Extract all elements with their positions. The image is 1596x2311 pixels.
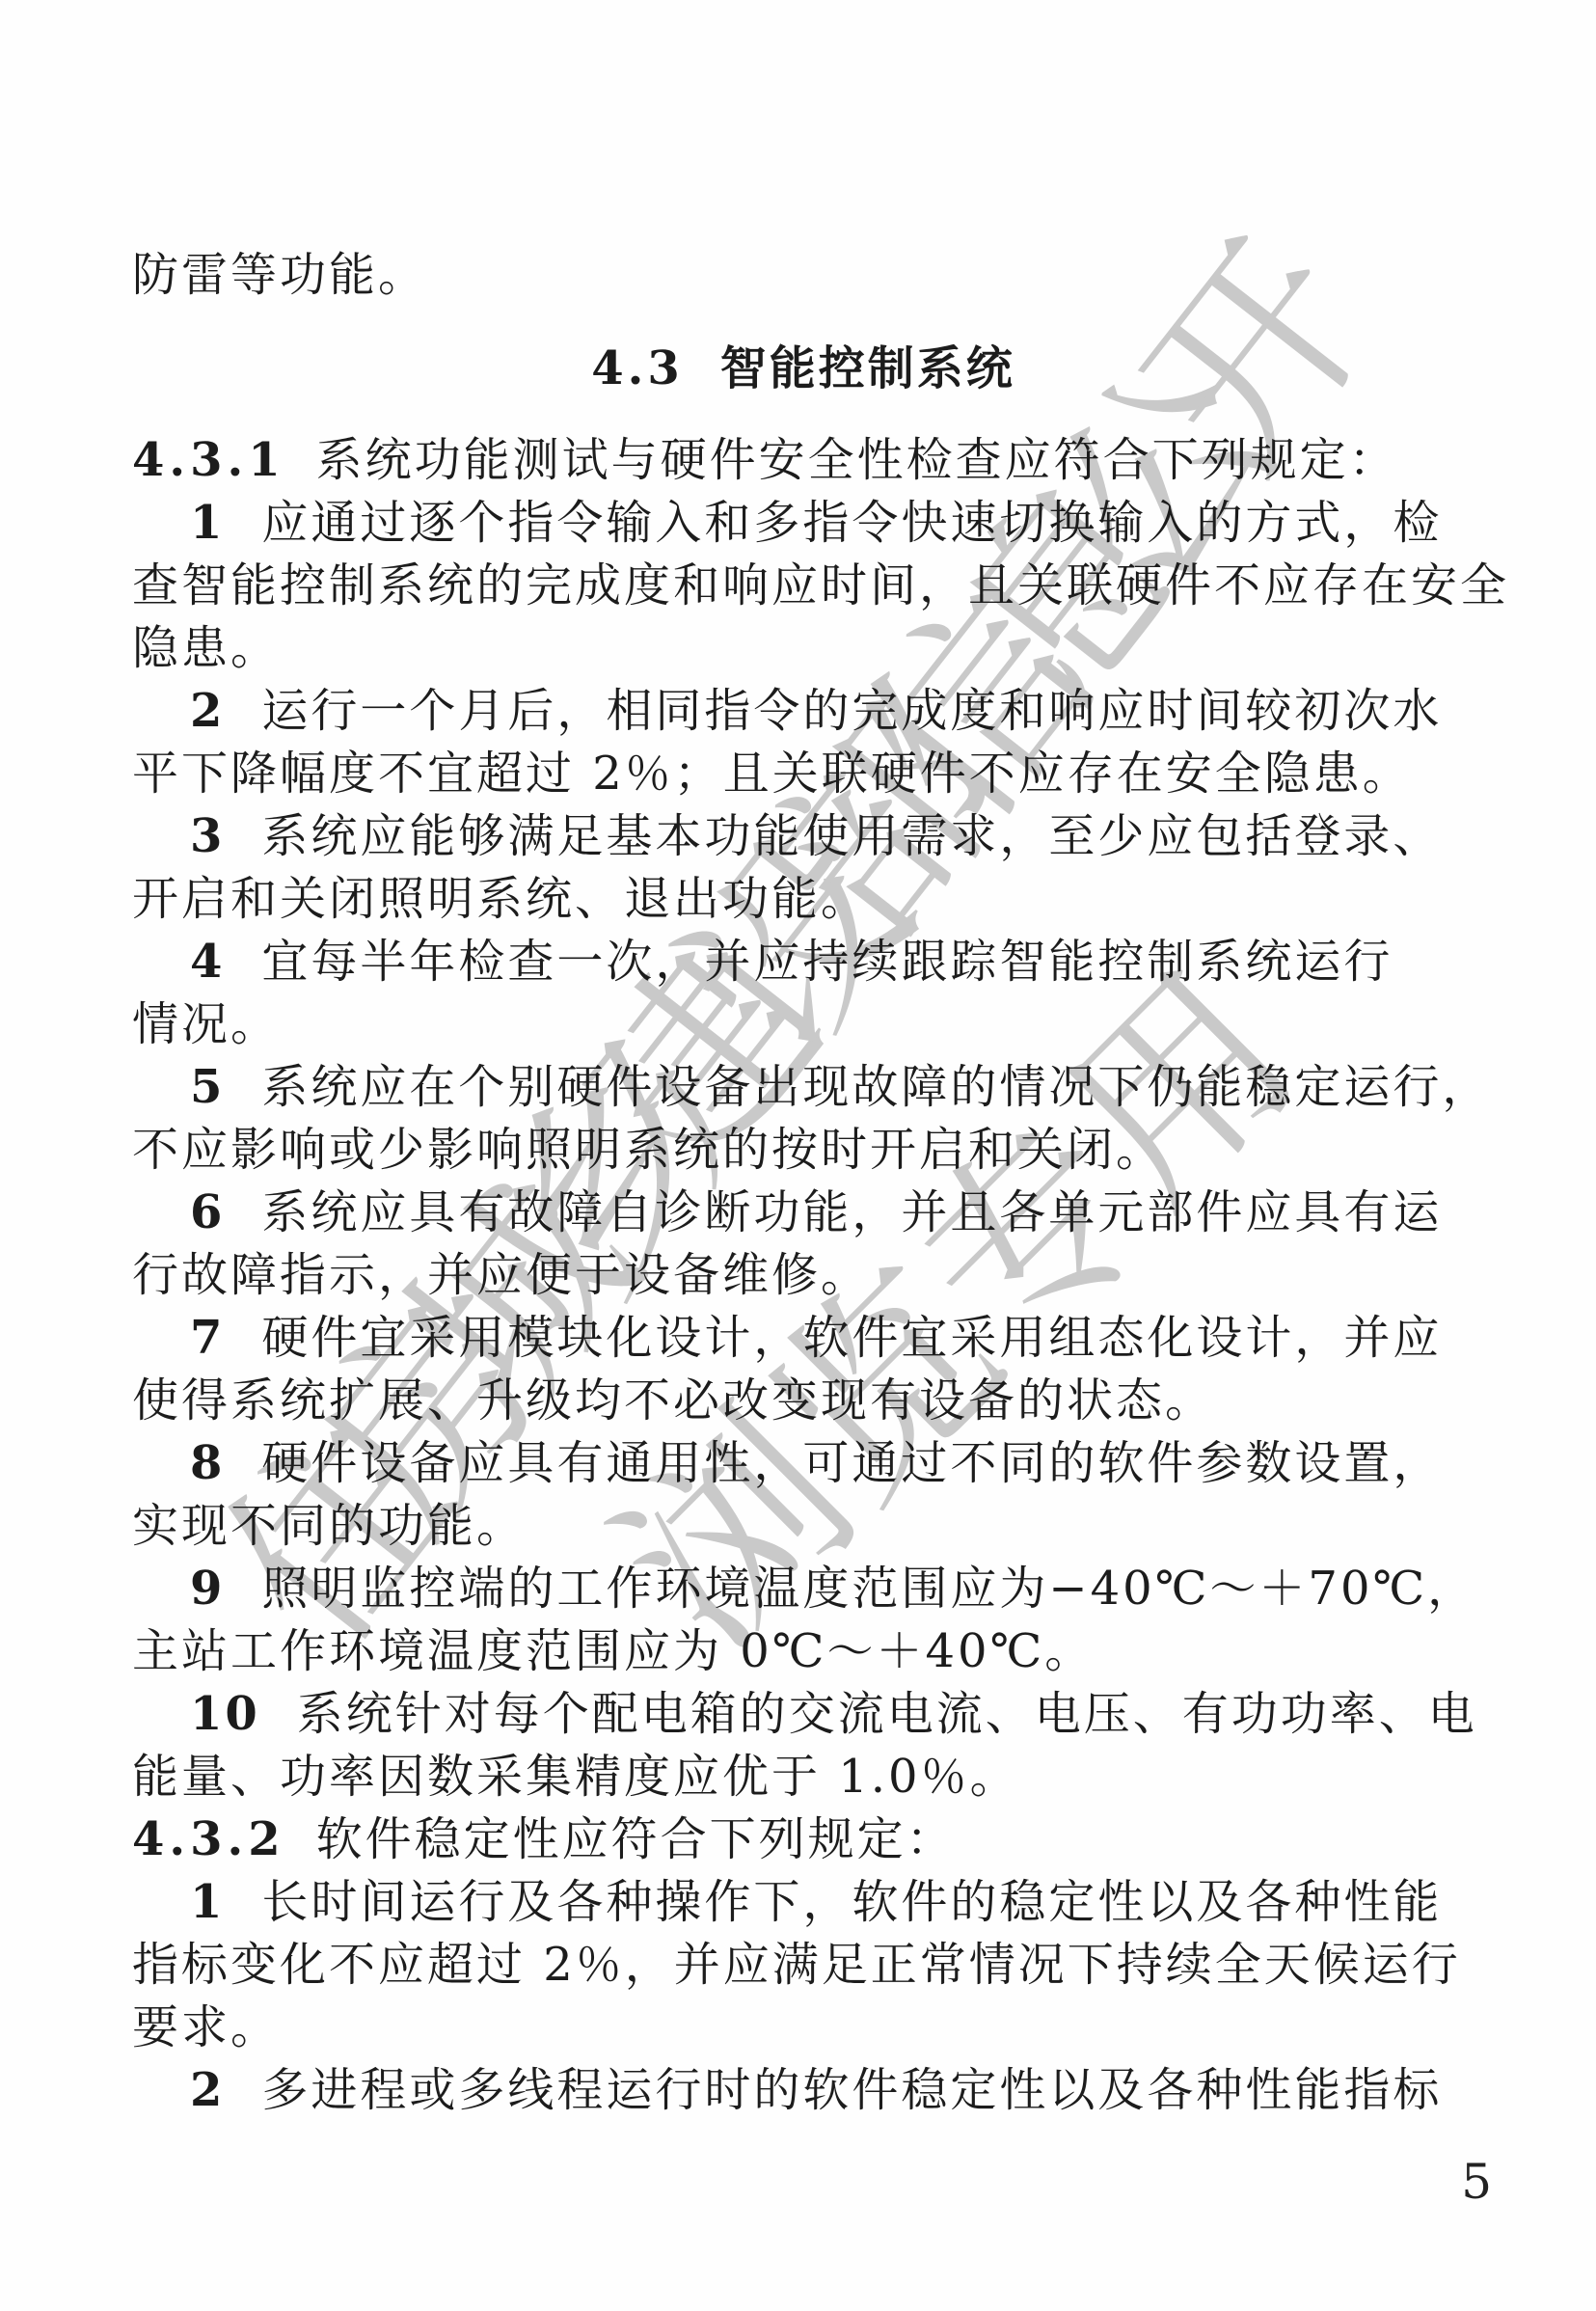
line-text: 平下降幅度不宜超过 2％；且关联硬件不应存在安全隐患。 bbox=[132, 747, 1412, 801]
line-text: 实现不同的功能。 bbox=[132, 1499, 526, 1553]
line-text: 硬件宜采用模块化设计，软件宜采用组态化设计，并应 bbox=[261, 1311, 1442, 1365]
text-line: 1长时间运行及各种操作下，软件的稳定性以及各种性能 bbox=[132, 1871, 1474, 1934]
text-line: 行故障指示，并应便于设备维修。 bbox=[132, 1244, 1474, 1307]
intro-line: 防雷等功能。 bbox=[132, 244, 1474, 307]
text-line: 6系统应具有故障自诊断功能，并且各单元部件应具有运 bbox=[132, 1182, 1474, 1244]
text-line: 1应通过逐个指令输入和多指令快速切换输入的方式，检 bbox=[132, 492, 1474, 555]
line-number: 4 bbox=[190, 931, 225, 993]
line-number: 4.3.1 bbox=[132, 433, 285, 487]
line-text: 应通过逐个指令输入和多指令快速切换输入的方式，检 bbox=[261, 496, 1442, 550]
line-text: 照明监控端的工作环境温度范围应为−40℃～＋70℃， bbox=[261, 1562, 1476, 1616]
document-page: 住房城乡建设部信息公开 浏览专用 防雷等功能。 4.3智能控制系统 4.3.1系… bbox=[0, 0, 1596, 2311]
text-line: 5系统应在个别硬件设备出现故障的情况下仍能稳定运行， bbox=[132, 1056, 1474, 1119]
text-line: 开启和关闭照明系统、退出功能。 bbox=[132, 868, 1474, 931]
document-body: 防雷等功能。 4.3智能控制系统 4.3.1系统功能测试与硬件安全性检查应符合下… bbox=[132, 244, 1474, 2122]
section-heading: 4.3智能控制系统 bbox=[132, 338, 1474, 400]
line-text: 要求。 bbox=[132, 2000, 280, 2054]
text-line: 4.3.2软件稳定性应符合下列规定： bbox=[132, 1808, 1474, 1871]
text-line: 使得系统扩展、升级均不必改变现有设备的状态。 bbox=[132, 1370, 1474, 1432]
text-line: 4宜每半年检查一次，并应持续跟踪智能控制系统运行 bbox=[132, 931, 1474, 993]
text-line: 3系统应能够满足基本功能使用需求，至少应包括登录、 bbox=[132, 805, 1474, 868]
text-line: 隐患。 bbox=[132, 617, 1474, 680]
line-text: 多进程或多线程运行时的软件稳定性以及各种性能指标 bbox=[261, 2063, 1442, 2117]
text-line: 10系统针对每个配电箱的交流电流、电压、有功功率、电 bbox=[132, 1683, 1474, 1746]
text-line: 2多进程或多线程运行时的软件稳定性以及各种性能指标 bbox=[132, 2059, 1474, 2122]
line-text: 主站工作环境温度范围应为 0℃～＋40℃。 bbox=[132, 1624, 1094, 1678]
text-line: 要求。 bbox=[132, 1997, 1474, 2059]
page-number: 5 bbox=[1461, 2153, 1492, 2211]
line-number: 3 bbox=[190, 805, 225, 868]
line-number: 10 bbox=[190, 1683, 260, 1746]
line-number: 8 bbox=[190, 1432, 225, 1495]
line-text: 使得系统扩展、升级均不必改变现有设备的状态。 bbox=[132, 1373, 1214, 1427]
text-line: 主站工作环境温度范围应为 0℃～＋40℃。 bbox=[132, 1620, 1474, 1683]
line-text: 系统应能够满足基本功能使用需求，至少应包括登录、 bbox=[261, 809, 1442, 863]
line-number: 9 bbox=[190, 1558, 225, 1620]
text-line: 平下降幅度不宜超过 2％；且关联硬件不应存在安全隐患。 bbox=[132, 743, 1474, 805]
text-line: 7硬件宜采用模块化设计，软件宜采用组态化设计，并应 bbox=[132, 1307, 1474, 1370]
line-text: 隐患。 bbox=[132, 621, 280, 675]
text-line: 查智能控制系统的完成度和响应时间，且关联硬件不应存在安全 bbox=[132, 555, 1474, 617]
line-text: 行故障指示，并应便于设备维修。 bbox=[132, 1248, 870, 1302]
line-text: 系统功能测试与硬件安全性检查应符合下列规定： bbox=[316, 433, 1398, 487]
line-number: 4.3.2 bbox=[132, 1812, 285, 1866]
clause-lines: 4.3.1系统功能测试与硬件安全性检查应符合下列规定： 1应通过逐个指令输入和多… bbox=[132, 429, 1474, 2122]
line-number: 7 bbox=[190, 1307, 225, 1370]
line-text: 运行一个月后，相同指令的完成度和响应时间较初次水 bbox=[261, 684, 1442, 738]
line-text: 查智能控制系统的完成度和响应时间，且关联硬件不应存在安全 bbox=[132, 558, 1509, 612]
text-line: 情况。 bbox=[132, 993, 1474, 1056]
text-line: 4.3.1系统功能测试与硬件安全性检查应符合下列规定： bbox=[132, 429, 1474, 492]
line-number: 5 bbox=[190, 1056, 225, 1119]
line-text: 软件稳定性应符合下列规定： bbox=[316, 1812, 956, 1866]
line-text: 指标变化不应超过 2％，并应满足正常情况下持续全天候运行 bbox=[132, 1938, 1461, 1992]
line-number: 2 bbox=[190, 2059, 225, 2122]
line-text: 宜每半年检查一次，并应持续跟踪智能控制系统运行 bbox=[261, 935, 1393, 989]
line-text: 系统针对每个配电箱的交流电流、电压、有功功率、电 bbox=[297, 1687, 1477, 1741]
line-number: 2 bbox=[190, 680, 225, 743]
text-line: 9照明监控端的工作环境温度范围应为−40℃～＋70℃， bbox=[132, 1558, 1474, 1620]
line-number: 1 bbox=[190, 1871, 225, 1934]
section-heading-title: 智能控制系统 bbox=[720, 341, 1015, 395]
text-line: 能量、功率因数采集精度应优于 1.0％。 bbox=[132, 1746, 1474, 1808]
text-line: 实现不同的功能。 bbox=[132, 1495, 1474, 1558]
text-line: 8硬件设备应具有通用性，可通过不同的软件参数设置， bbox=[132, 1432, 1474, 1495]
line-text: 不应影响或少影响照明系统的按时开启和关闭。 bbox=[132, 1123, 1165, 1177]
line-text: 系统应具有故障自诊断功能，并且各单元部件应具有运 bbox=[261, 1185, 1442, 1239]
section-heading-number: 4.3 bbox=[591, 341, 684, 395]
line-text: 系统应在个别硬件设备出现故障的情况下仍能稳定运行， bbox=[261, 1060, 1491, 1114]
text-line: 不应影响或少影响照明系统的按时开启和关闭。 bbox=[132, 1119, 1474, 1182]
line-text: 情况。 bbox=[132, 997, 280, 1051]
line-text: 硬件设备应具有通用性，可通过不同的软件参数设置， bbox=[261, 1436, 1442, 1490]
line-text: 开启和关闭照明系统、退出功能。 bbox=[132, 872, 870, 926]
line-number: 6 bbox=[190, 1182, 225, 1244]
line-text: 长时间运行及各种操作下，软件的稳定性以及各种性能 bbox=[261, 1875, 1442, 1929]
line-number: 1 bbox=[190, 492, 225, 555]
text-line: 2运行一个月后，相同指令的完成度和响应时间较初次水 bbox=[132, 680, 1474, 743]
line-text: 能量、功率因数采集精度应优于 1.0％。 bbox=[132, 1750, 1019, 1804]
text-line: 指标变化不应超过 2％，并应满足正常情况下持续全天候运行 bbox=[132, 1934, 1474, 1997]
